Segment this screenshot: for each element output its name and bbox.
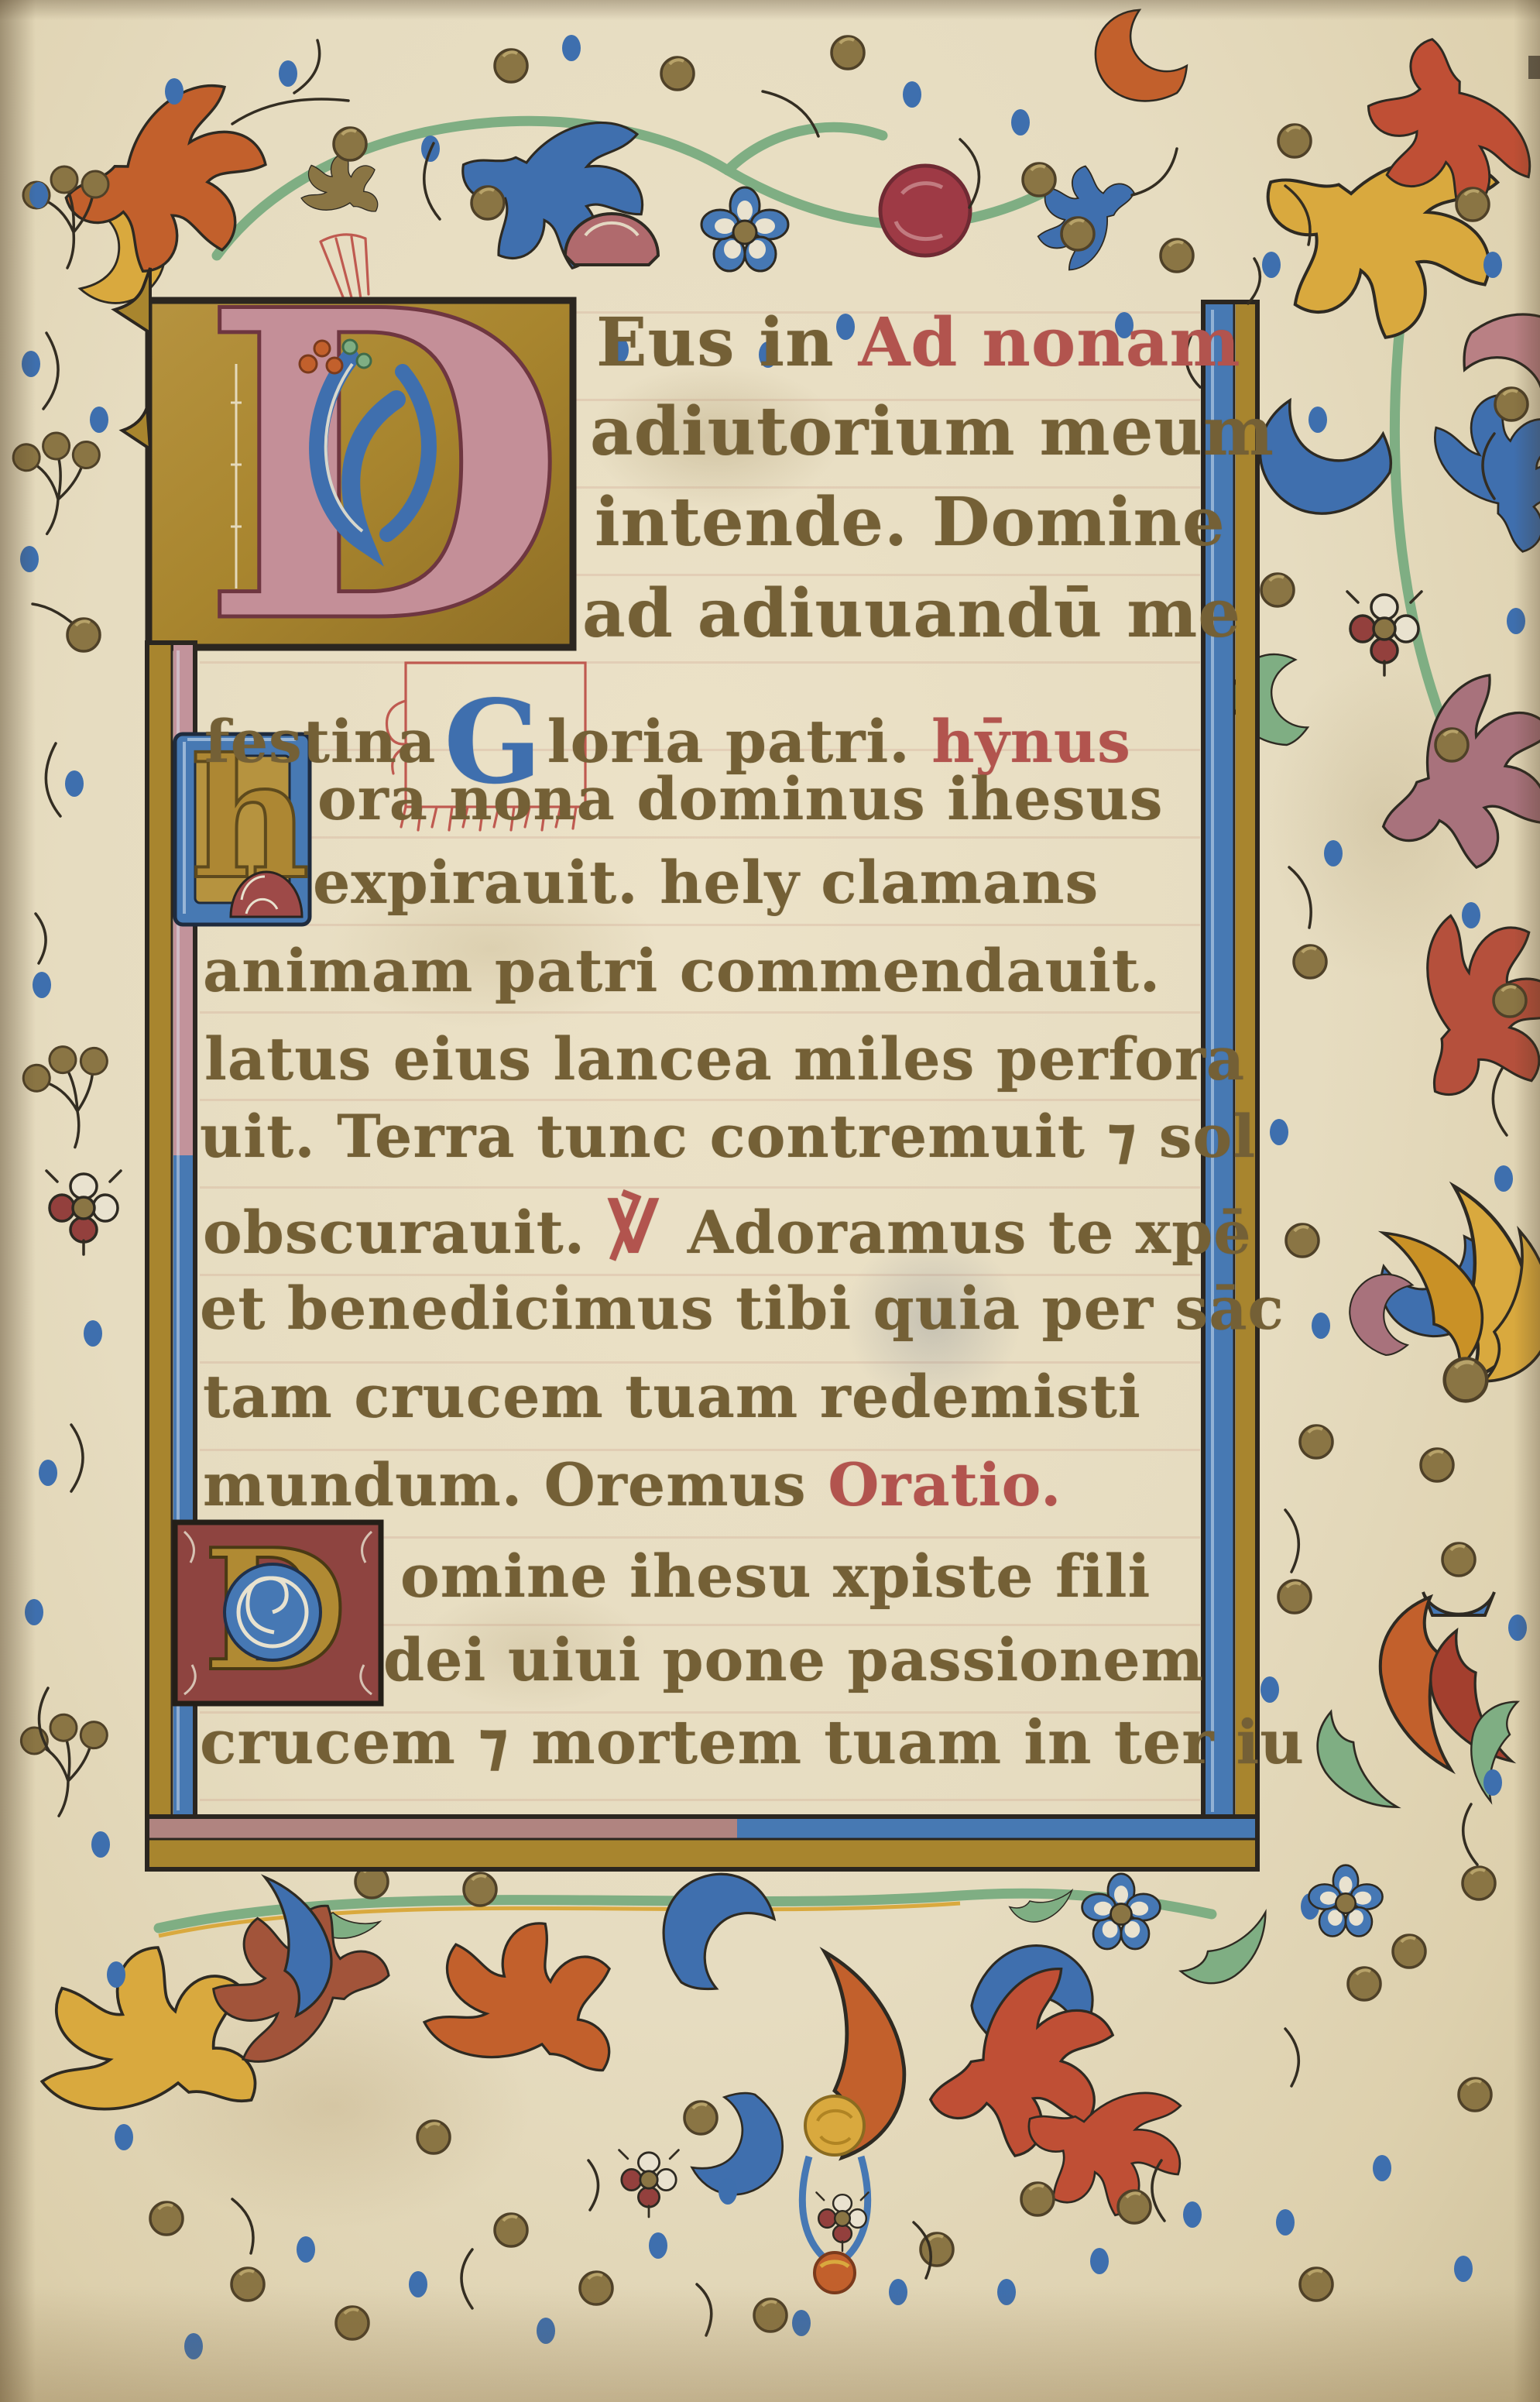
body-text: obscurauit. [203, 1198, 607, 1267]
body-text: uit. Terra tunc contremuit ⁊ sol [200, 1102, 1256, 1171]
initial-h-counter [231, 872, 302, 917]
manuscript-line: tam crucem tuam redemisti [203, 1367, 1141, 1426]
body-text: Adoramus te xpē [688, 1198, 1252, 1267]
rubric-text: Ad nonam [859, 304, 1241, 382]
initial-d-large-foliage [231, 340, 429, 588]
body-text: intende. Domine [595, 483, 1226, 561]
body-text: Eus in [596, 304, 859, 382]
manuscript-line: ad adiuuandū me [582, 581, 1241, 647]
manuscript-line: omine ihesu xpiste fili [400, 1547, 1151, 1606]
manuscript-page: D H D Eus in Ad nonam [0, 0, 1540, 2402]
manuscript-line: mundum. Oremus Oratio. [203, 1456, 1062, 1515]
manuscript-line: dei uiui pone passionem [383, 1631, 1204, 1690]
body-text: latus eius lancea miles perfora [204, 1024, 1245, 1093]
manuscript-line: intende. Domine [595, 489, 1226, 556]
body-text: omine ihesu xpiste fili [400, 1542, 1151, 1611]
initial-d2-roundel [225, 1564, 321, 1660]
manuscript-line: Eus in Ad nonam [596, 310, 1241, 376]
body-text: ora nona dominus ihesus [317, 764, 1164, 833]
manuscript-line: crucem ⁊ mortem tuam in ter iu [200, 1713, 1305, 1773]
manuscript-line: expirauit. hely clamans [313, 853, 1099, 912]
manuscript-line: et benedicimus tibi quia per sāc [200, 1279, 1284, 1338]
rubric-text: ℣ [607, 1186, 688, 1270]
manuscript-line: ora nona dominus ihesus [317, 770, 1164, 829]
body-text: dei uiui pone passionem [383, 1625, 1204, 1694]
body-text: mundum. Oremus [203, 1450, 828, 1519]
body-text: crucem ⁊ mortem tuam in ter iu [200, 1707, 1305, 1778]
manuscript-line: latus eius lancea miles perfora [204, 1030, 1245, 1089]
body-text: expirauit. hely clamans [313, 848, 1099, 917]
body-text: tam crucem tuam redemisti [203, 1362, 1141, 1431]
manuscript-line: obscurauit. ℣ Adoramus te xpē [203, 1192, 1252, 1264]
body-text: animam patri commendauit. [203, 936, 1161, 1005]
body-text: ad adiuuandū me [582, 575, 1241, 653]
manuscript-line: animam patri commendauit. [203, 942, 1161, 1000]
manuscript-line: adiutorium meum [590, 399, 1274, 465]
body-text: et benedicimus tibi quia per sāc [200, 1274, 1284, 1343]
body-text: adiutorium meum [590, 393, 1274, 471]
manuscript-line: uit. Terra tunc contremuit ⁊ sol [200, 1107, 1256, 1166]
rubric-text: Oratio. [828, 1450, 1062, 1519]
